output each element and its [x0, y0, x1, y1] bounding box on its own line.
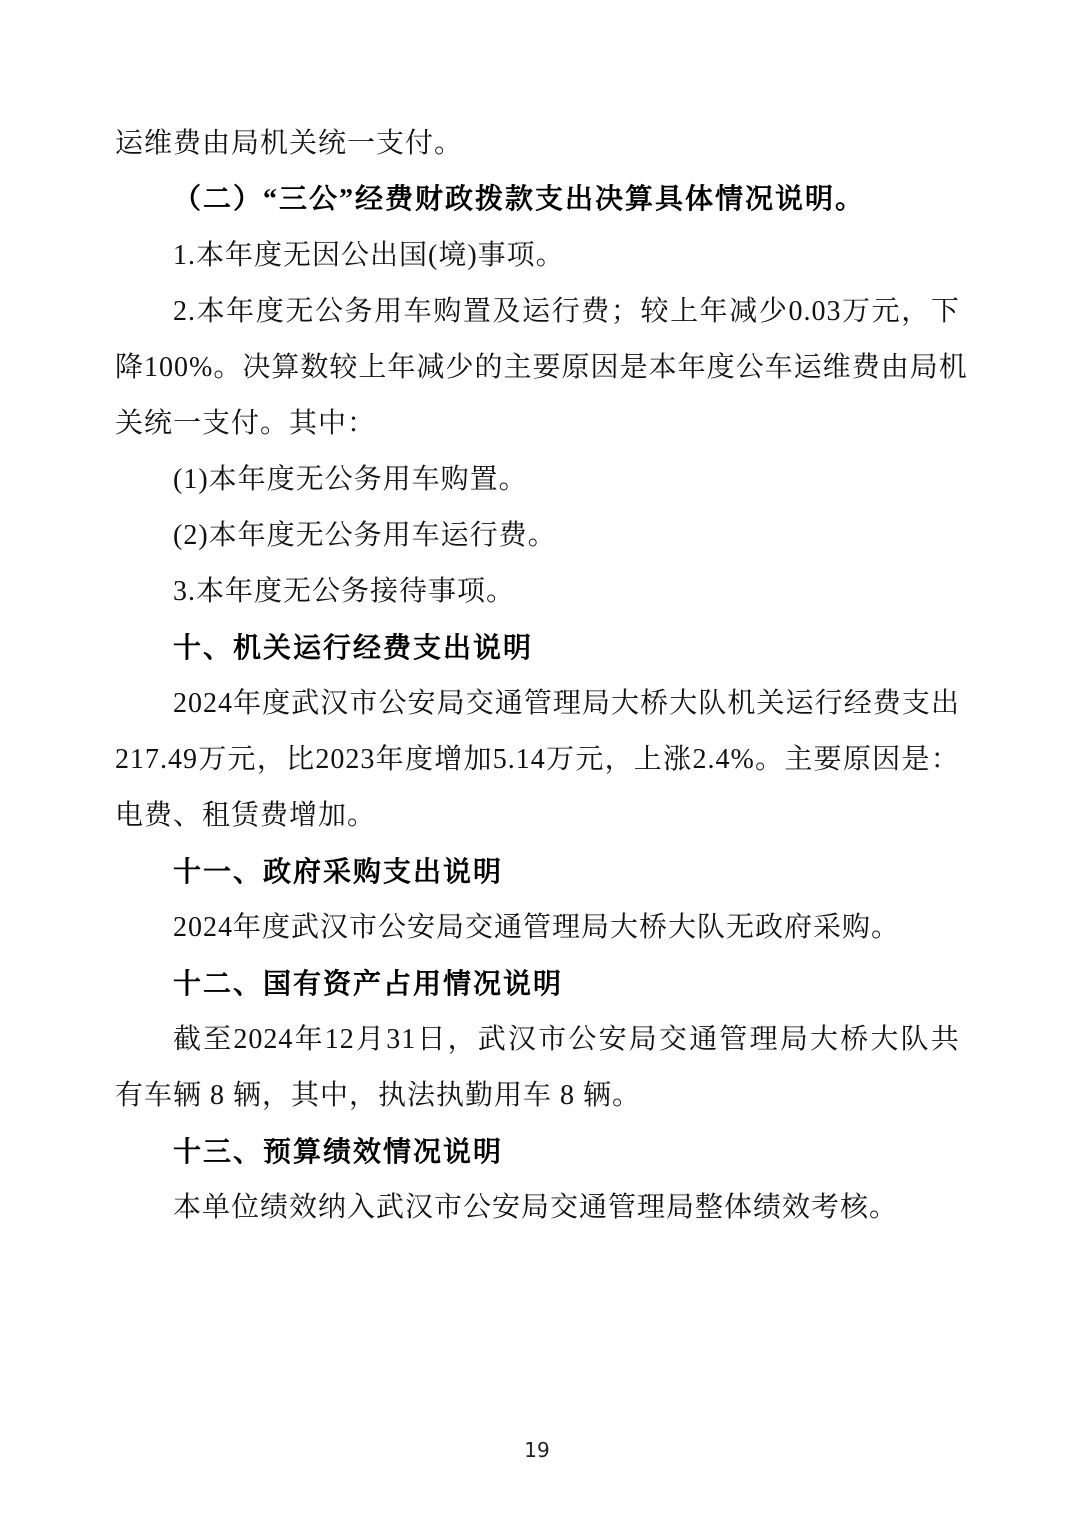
paragraph-line: 关统一支付。其中： [115, 396, 960, 452]
paragraph-line: 本单位绩效纳入武汉市公安局交通管理局整体绩效考核。 [115, 1180, 960, 1236]
section-heading: 十一、政府采购支出说明 [115, 844, 960, 900]
paragraph-line: 截至2024年12月31日，武汉市公安局交通管理局大桥大队共 [115, 1012, 960, 1068]
paragraph-line: 2024年度武汉市公安局交通管理局大桥大队无政府采购。 [115, 900, 960, 956]
section-heading: 十、机关运行经费支出说明 [115, 620, 960, 676]
paragraph-line: (1)本年度无公务用车购置。 [115, 452, 960, 508]
paragraph-line: 1.本年度无因公出国(境)事项。 [115, 228, 960, 284]
paragraph-line: 有车辆 8 辆，其中，执法执勤用车 8 辆。 [115, 1068, 960, 1124]
paragraph-line: 3.本年度无公务接待事项。 [115, 564, 960, 620]
document-body: 运维费由局机关统一支付。（二）“三公”经费财政拨款支出决算具体情况说明。1.本年… [115, 116, 960, 1236]
paragraph-line: 2024年度武汉市公安局交通管理局大桥大队机关运行经费支出 [115, 676, 960, 732]
page-number: 19 [0, 1438, 1074, 1462]
paragraph-line: 电费、租赁费增加。 [115, 788, 960, 844]
paragraph-line: (2)本年度无公务用车运行费。 [115, 508, 960, 564]
paragraph-line: 217.49万元，比2023年度增加5.14万元，上涨2.4%。主要原因是： [115, 732, 960, 788]
section-heading: 十三、预算绩效情况说明 [115, 1124, 960, 1180]
paragraph-line: 运维费由局机关统一支付。 [115, 116, 960, 172]
document-page: 运维费由局机关统一支付。（二）“三公”经费财政拨款支出决算具体情况说明。1.本年… [0, 0, 1074, 1520]
paragraph-line: 降100%。决算数较上年减少的主要原因是本年度公车运维费由局机 [115, 340, 960, 396]
paragraph-line: 2.本年度无公务用车购置及运行费；较上年减少0.03万元，下 [115, 284, 960, 340]
subsection-heading: （二）“三公”经费财政拨款支出决算具体情况说明。 [115, 172, 960, 228]
section-heading: 十二、国有资产占用情况说明 [115, 956, 960, 1012]
